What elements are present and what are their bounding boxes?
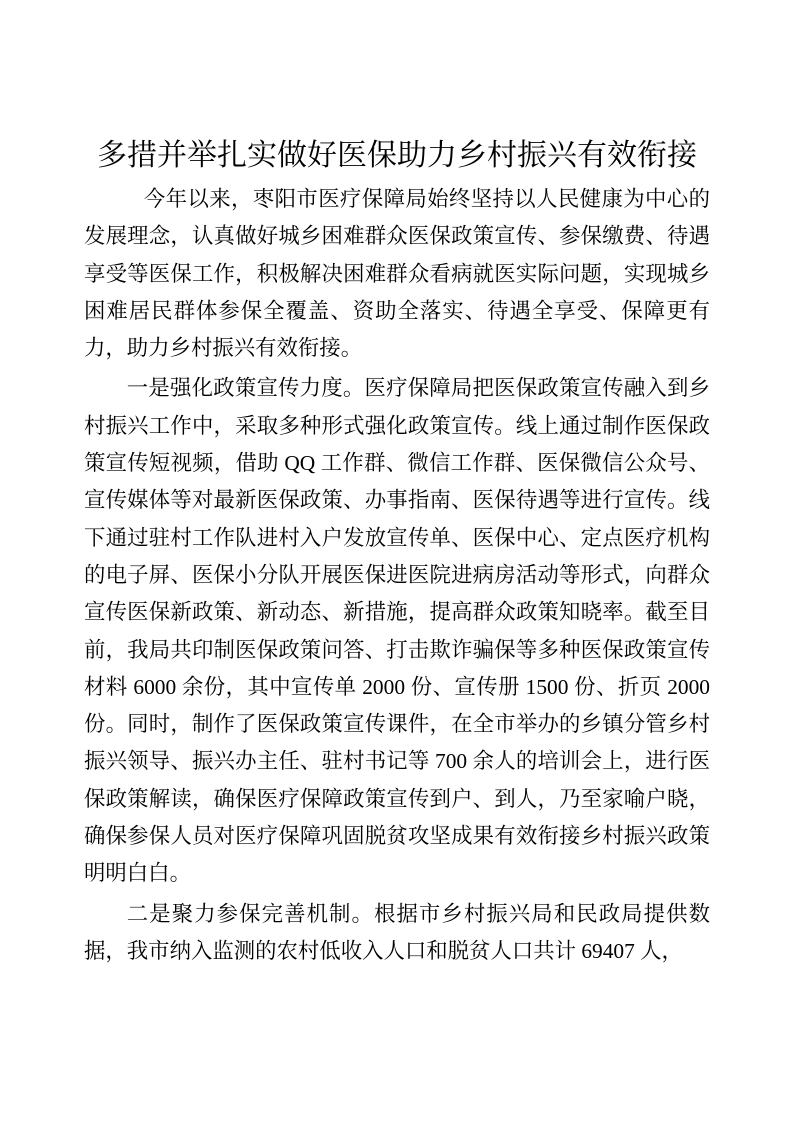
- document-title: 多措并举扎实做好医保助力乡村振兴有效衔接: [84, 134, 710, 178]
- paragraph-point-one: 一是强化政策宣传力度。医疗保障局把医保政策宣传融入到乡村振兴工作中，采取多种形式…: [84, 370, 710, 892]
- paragraph-intro: 今年以来，枣阳市医疗保障局始终坚持以人民健康为中心的发展理念，认真做好城乡困难群…: [84, 181, 710, 367]
- paragraph-point-two: 二是聚力参保完善机制。根据市乡村振兴局和民政局提供数据，我市纳入监测的农村低收入…: [84, 896, 710, 971]
- document-page: 多措并举扎实做好医保助力乡村振兴有效衔接 今年以来，枣阳市医疗保障局始终坚持以人…: [0, 0, 794, 1122]
